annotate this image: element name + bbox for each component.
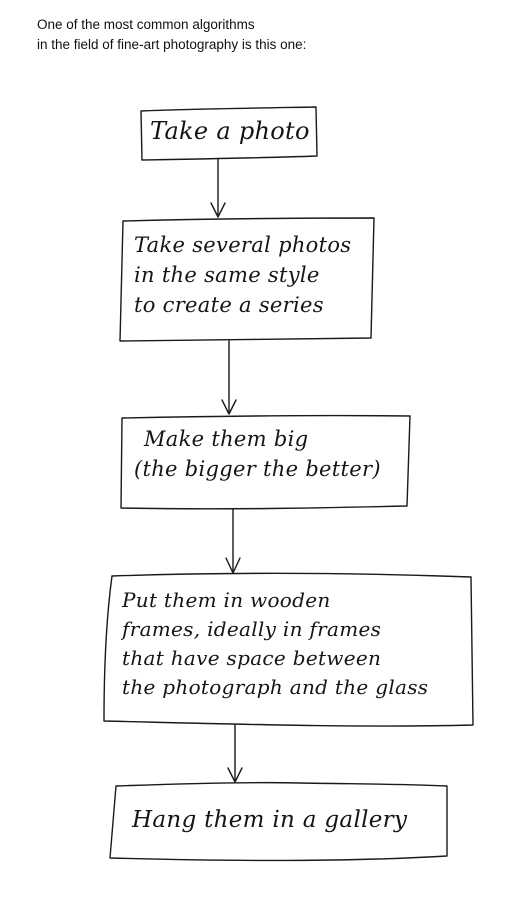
step-4-line-3: that have space between (122, 644, 428, 673)
arrow-1-to-2 (211, 159, 225, 217)
step-4-line-4: the photograph and the glass (122, 673, 428, 702)
step-2: Take several photos in the same style to… (134, 230, 351, 320)
arrow-2-to-3 (222, 341, 236, 414)
step-1: Take a photo (150, 116, 310, 146)
step-4-line-1: Put them in wooden (122, 586, 428, 615)
step-3-line-2: (the bigger the better) (134, 454, 381, 484)
step-5-line-1: Hang them in a gallery (132, 805, 407, 835)
step-2-line-3: to create a series (134, 290, 351, 320)
step-2-line-2: in the same style (134, 260, 351, 290)
step-5: Hang them in a gallery (132, 805, 407, 835)
step-2-line-1: Take several photos (134, 230, 351, 260)
arrow-3-to-4 (226, 509, 240, 573)
step-1-line-1: Take a photo (150, 116, 310, 146)
step-3: Make them big (the bigger the better) (134, 424, 381, 484)
arrow-4-to-5 (228, 725, 242, 782)
step-4: Put them in wooden frames, ideally in fr… (122, 586, 428, 702)
step-3-line-1: Make them big (134, 424, 381, 454)
step-4-line-2: frames, ideally in frames (122, 615, 428, 644)
